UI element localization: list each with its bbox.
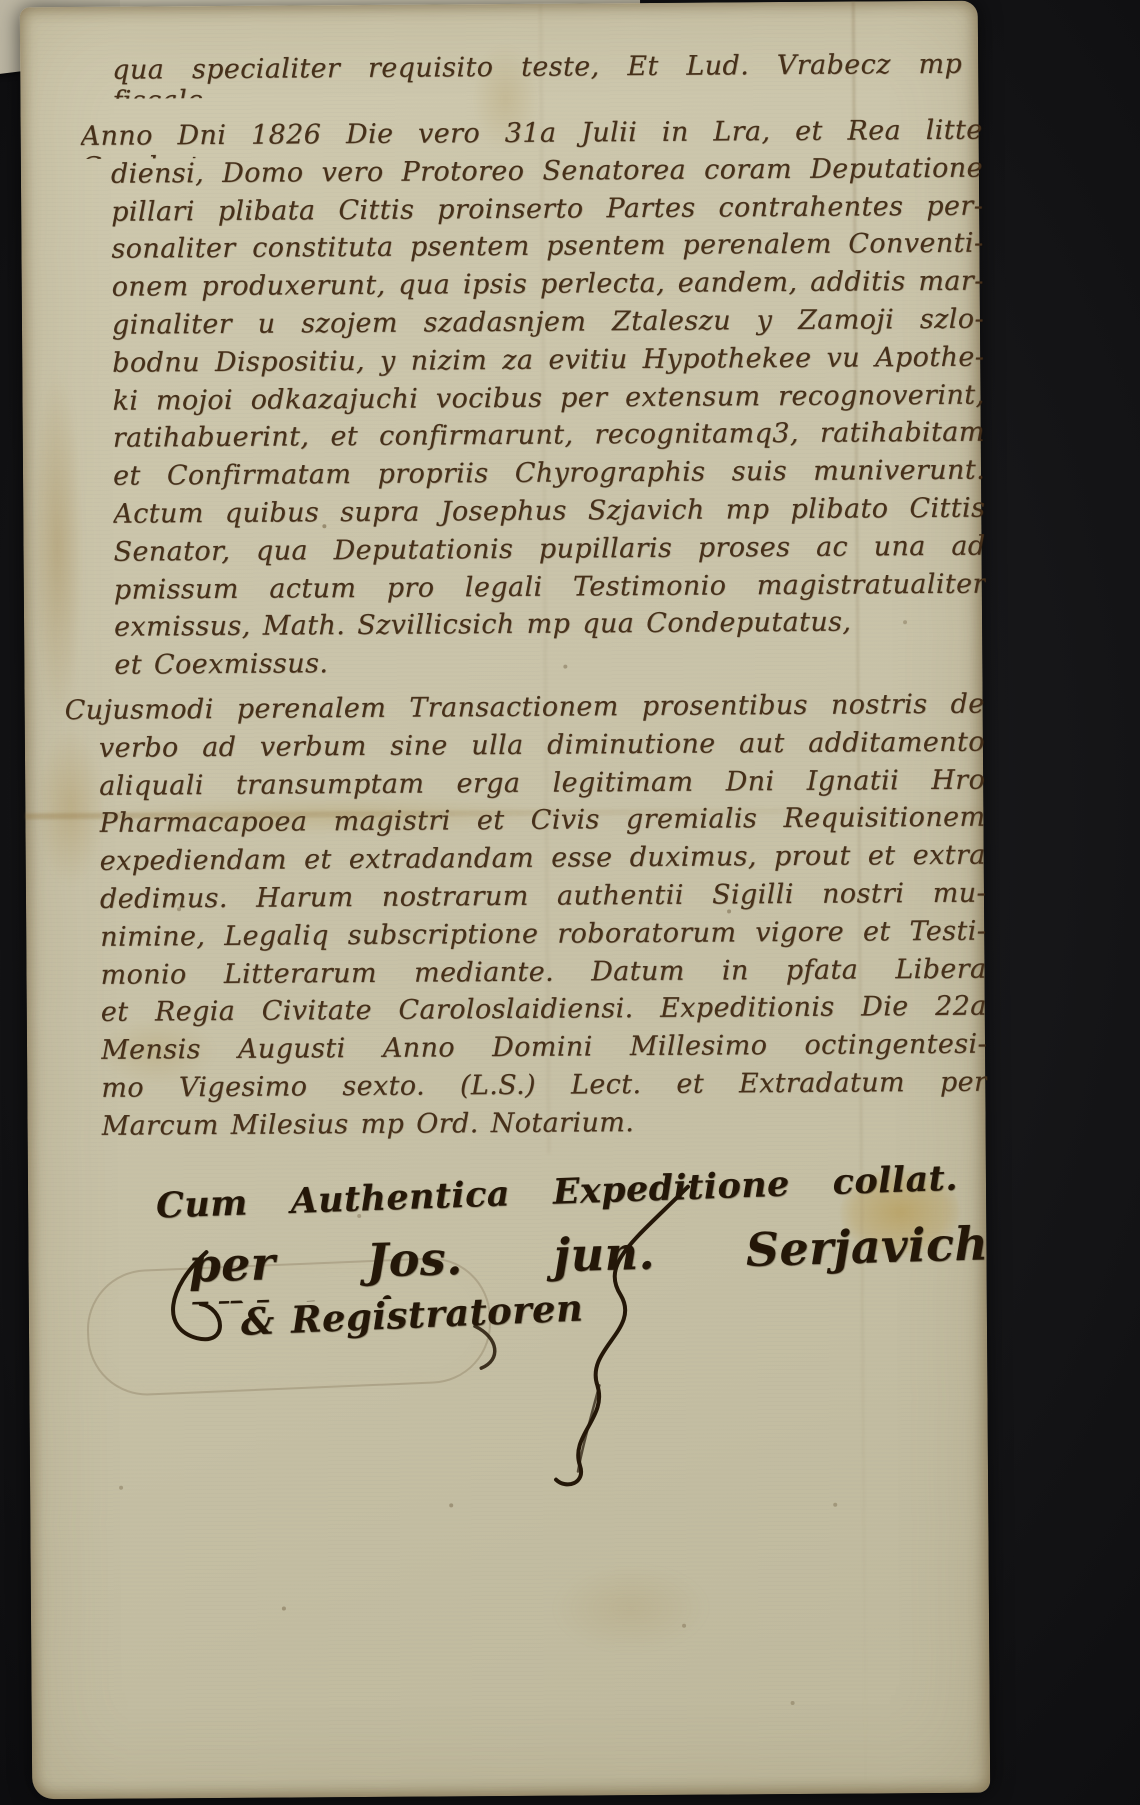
manuscript-line: dedimus. Harum nostrarum authentii Sigil… (100, 878, 986, 922)
manuscript-line: diensi, Domo vero Protoreo Senatorea cor… (111, 152, 983, 196)
stain (30, 367, 85, 727)
manuscript-line: et Confirmatam propriis Chyrographis sui… (113, 455, 985, 499)
stain (551, 1563, 712, 1654)
manuscript-line: Pharmacapoea magistri et Civis gremialis… (99, 802, 985, 846)
paragraph-2: Cujusmodi perenalem Transactionem prosen… (65, 689, 988, 1149)
manuscript-line: exmissus, Math. Szvillicsich mp qua Cond… (114, 606, 986, 650)
header-line: qua specialiter requisito teste, Et Lud.… (112, 49, 962, 99)
manuscript-line: onem produxerunt, qua ipsis perlecta, ea… (112, 266, 984, 310)
manuscript-line: expediendam et extradandam esse duximus,… (100, 840, 986, 884)
manuscript-line: Actum quibus supra Josephus Szjavich mp … (113, 493, 985, 537)
manuscript-line: Cujusmodi perenalem Transactionem prosen… (65, 689, 985, 733)
scan-background: qua specialiter requisito teste, Et Lud.… (0, 0, 1140, 1805)
manuscript-line: et Regia Civitate Caroloslaidiensi. Expe… (101, 991, 987, 1035)
manuscript-line: sonaliter constituta psentem psentem per… (111, 228, 983, 272)
manuscript-line: ginaliter u szojem szadasnjem Ztaleszu y… (112, 304, 984, 348)
manuscript-line: bodnu Dispositiu, y nizim za evitiu Hypo… (112, 341, 984, 385)
manuscript-line: et Coexmissus. (114, 644, 986, 688)
manuscript-line: ki mojoi odkazajuchi vocibus per extensu… (112, 379, 984, 423)
manuscript-page: qua specialiter requisito teste, Et Lud.… (20, 1, 990, 1800)
manuscript-line: Marcum Milesius mp Ord. Notarium. (101, 1104, 987, 1148)
manuscript-line: pillari plibata Cittis proinserto Partes… (111, 190, 983, 234)
manuscript-line: Anno Dni 1826 Die vero 31a Julii in Lra,… (81, 115, 983, 159)
manuscript-line: Mensis Augusti Anno Domini Millesimo oct… (101, 1029, 987, 1073)
manuscript-line: pmissum actum pro legali Testimonio magi… (114, 568, 986, 612)
paragraph-1: Anno Dni 1826 Die vero 31a Julii in Lra,… (81, 115, 987, 688)
manuscript-line: mo Vigesimo sexto. (L.S.) Lect. et Extra… (101, 1067, 987, 1111)
manuscript-line: ratihabuerint, et confirmarunt, recognit… (113, 417, 985, 461)
manuscript-line: verbo ad verbum sine ulla diminutione au… (99, 726, 985, 770)
manuscript-line: aliquali transumptam erga legitimam Dni … (99, 764, 985, 808)
manuscript-line: nimine, Legaliq subscriptione roboratoru… (100, 915, 986, 959)
manuscript-line: monio Litterarum mediante. Datum in pfat… (100, 953, 986, 997)
manuscript-line: qua specialiter requisito teste, Et Lud.… (112, 49, 962, 99)
manuscript-line: Senator, qua Deputationis pupillaris pro… (113, 530, 985, 574)
